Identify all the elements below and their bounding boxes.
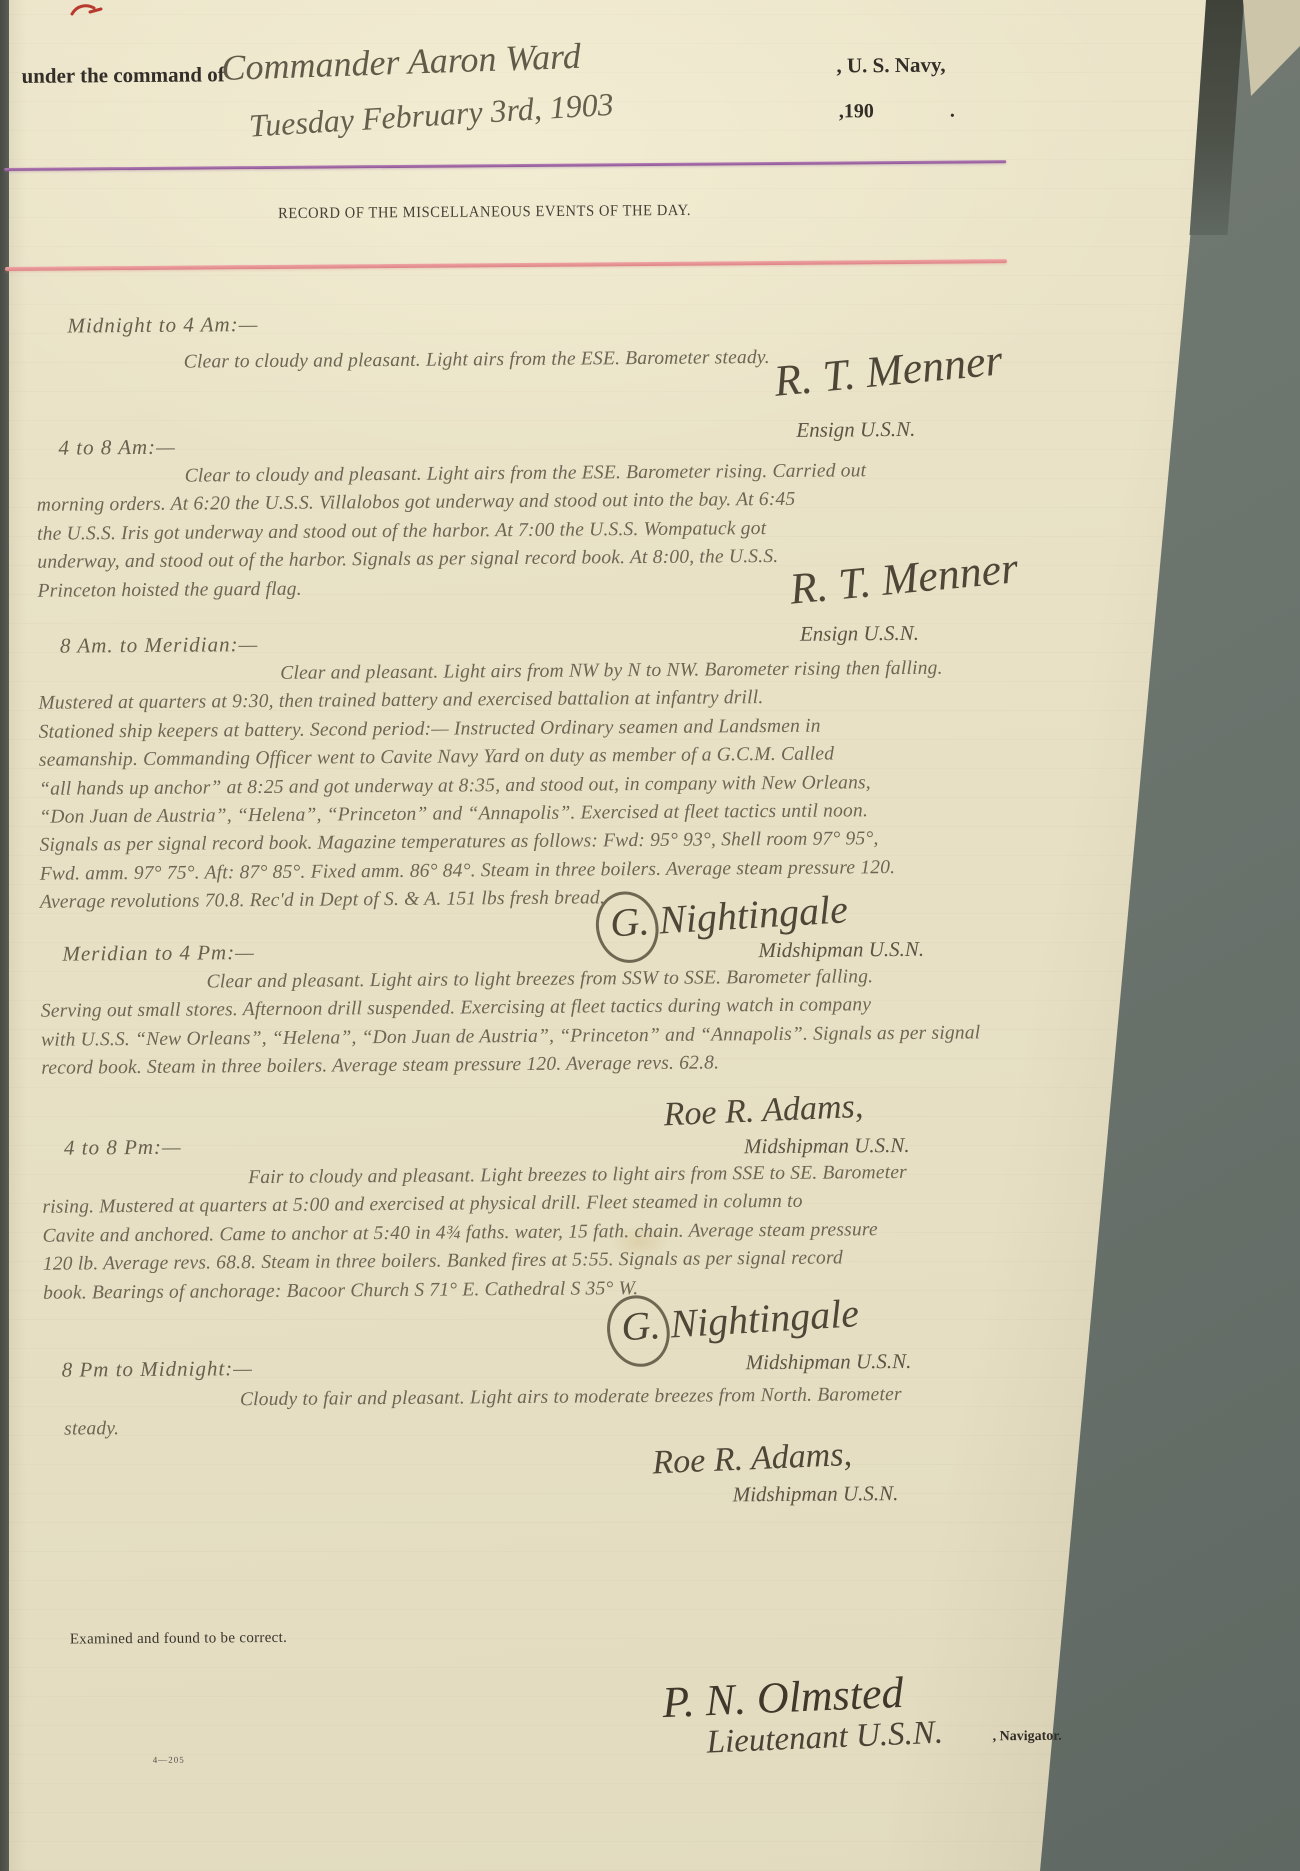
pink-rule-line bbox=[5, 259, 1007, 270]
watch-signature: G. Nightingale bbox=[609, 889, 849, 943]
watch-signature: Roe R. Adams, bbox=[663, 1090, 864, 1133]
watch-signature-rank: Midshipman U.S.N. bbox=[733, 1481, 899, 1507]
watch-signature-rank: Midshipman U.S.N. bbox=[758, 937, 924, 963]
printed-navigator-label: , Navigator. bbox=[993, 1729, 1062, 1746]
entry-body-8pm-midnight: Cloudy to fair and pleasant. Light airs … bbox=[44, 1380, 1022, 1444]
printed-command-label: under the command of bbox=[21, 62, 224, 89]
printed-year-label: ,190 bbox=[839, 100, 874, 123]
entry-heading-meridian-4pm: Meridian to 4 Pm:— bbox=[62, 940, 255, 967]
watch-signature: G. Nightingale bbox=[620, 1293, 860, 1347]
entry-body-4-8pm: Fair to cloudy and pleasant. Light breez… bbox=[42, 1158, 1021, 1308]
entry-heading-8pm-midnight: 8 Pm to Midnight:— bbox=[62, 1356, 253, 1383]
section-title: RECORD OF THE MISCELLANEOUS EVENTS OF TH… bbox=[257, 202, 713, 224]
entry-heading-4-8pm: 4 to 8 Pm:— bbox=[64, 1135, 182, 1161]
entry-heading-4-8am: 4 to 8 Am:— bbox=[58, 435, 176, 461]
printed-us-navy-label: , U. S. Navy, bbox=[836, 53, 945, 79]
entry-body-meridian-4pm: Clear and pleasant. Light airs to light … bbox=[41, 962, 1020, 1083]
form-number: 4—205 bbox=[153, 1755, 185, 1765]
handwritten-commander-name: Commander Aaron Ward bbox=[221, 35, 582, 89]
entry-heading-8am-meridian: 8 Am. to Meridian:— bbox=[60, 632, 258, 659]
watch-signature-rank: Ensign U.S.N. bbox=[796, 417, 915, 443]
printed-period: . bbox=[950, 100, 955, 123]
entry-body-8am-meridian: Clear and pleasant. Light airs from NW b… bbox=[38, 654, 1018, 917]
watch-signature-rank: Midshipman U.S.N. bbox=[744, 1133, 910, 1159]
watch-signature: Roe R. Adams, bbox=[652, 1438, 853, 1481]
watch-signature-rank: Midshipman U.S.N. bbox=[746, 1349, 912, 1375]
page-content: under the command of Commander Aaron War… bbox=[0, 0, 1300, 1871]
purple-rule-line bbox=[4, 160, 1006, 171]
entry-heading-midnight-4am: Midnight to 4 Am:— bbox=[67, 312, 258, 338]
examined-note: Examined and found to be correct. bbox=[70, 1630, 287, 1649]
watch-signature-rank: Ensign U.S.N. bbox=[800, 621, 919, 647]
handwritten-date: Tuesday February 3rd, 1903 bbox=[248, 86, 615, 145]
